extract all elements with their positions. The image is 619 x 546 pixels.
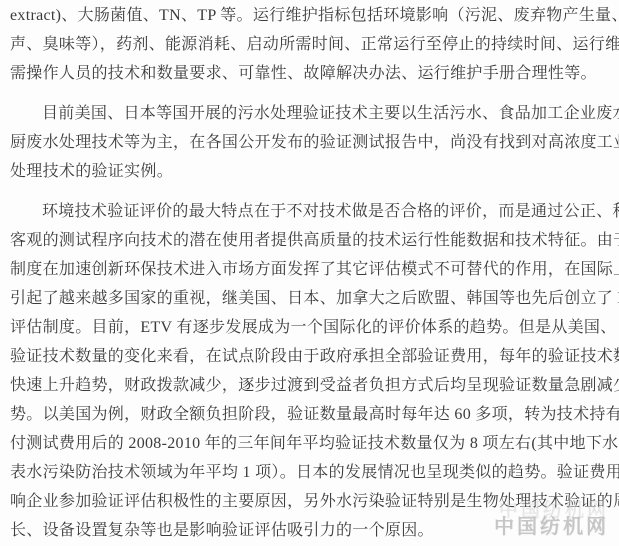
text-line: 目前美国、日本等国开展的污水处理验证技术主要以生活污水、食品加工企业废水、餐 — [10, 99, 610, 128]
paragraph: 目前美国、日本等国开展的污水处理验证技术主要以生活污水、食品加工企业废水、餐 厨… — [10, 99, 610, 186]
text-line: 快速上升趋势，财政拨款减少，逐步过渡到受益者负担方式后均呈现验证数量急剧减少的趋 — [10, 371, 610, 400]
text-line: 响企业参加验证评估积极性的主要原因，另外水污染验证特别是生物处理技术验证的周期 — [10, 487, 610, 516]
text-line: 表水污染防治技术领域为年平均 1 项）。日本的发展情况也呈现类似的趋势。验证费用… — [10, 458, 610, 487]
text-line: 引起了越来越多国家的重视，继美国、日本、加拿大之后欧盟、韩国等也先后创立了 ET… — [10, 284, 610, 313]
text-line: 需操作人员的技术和数量要求、可靠性、故障解决办法、运行维护手册合理性等。 — [10, 59, 610, 88]
text-line: 环境技术验证评价的最大特点在于不对技术做是否合格的评价，而是通过公正、科学、 — [10, 197, 610, 226]
text-line: 验证技术数量的变化来看，在试点阶段由于政府承担全部验证费用，每年的验证技术数量呈 — [10, 342, 610, 371]
text-line: 处理技术的验证实例。 — [10, 157, 610, 186]
paragraph: 环境技术验证评价的最大特点在于不对技术做是否合格的评价，而是通过公正、科学、 客… — [10, 197, 610, 545]
text-line: 声、臭味等），药剂、能源消耗、启动所需时间、正常运行至停止的持续时间、运行维护所 — [10, 30, 610, 59]
paragraph: extract)、大肠菌值、TN、TP 等。运行维护指标包括环境影响（污泥、废弃… — [10, 1, 610, 88]
text-line: extract)、大肠菌值、TN、TP 等。运行维护指标包括环境影响（污泥、废弃… — [10, 1, 610, 30]
text-line: 评估制度。目前，ETV 有逐步发展成为一个国际化的评价体系的趋势。但是从美国、日… — [10, 313, 610, 342]
text-line: 客观的测试程序向技术的潜在使用者提供高质量的技术运行性能数据和技术特征。由于 E… — [10, 226, 610, 255]
text-line: 势。以美国为例，财政全额负担阶段，验证数量最高时每年达 60 多项，转为技术持有… — [10, 400, 610, 429]
text-line: 长、设备设置复杂等也是影响验证评估吸引力的一个原因。 — [10, 516, 610, 545]
text-line: 制度在加速创新环保技术进入市场方面发挥了其它评估模式不可替代的作用，在国际上已经 — [10, 255, 610, 284]
document-page: extract)、大肠菌值、TN、TP 等。运行维护指标包括环境影响（污泥、废弃… — [0, 0, 619, 546]
text-line: 厨废水处理技术等为主，在各国公开发布的验证测试报告中，尚没有找到对高浓度工业废水 — [10, 128, 610, 157]
text-line: 付测试费用后的 2008-2010 年的三年间年平均验证技术数量仅为 8 项左右… — [10, 429, 610, 458]
